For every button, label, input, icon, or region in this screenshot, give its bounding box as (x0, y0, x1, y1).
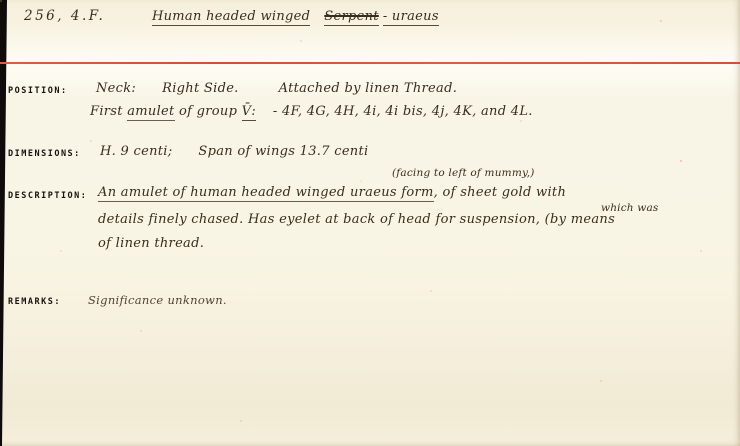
paper-speckles (0, 0, 2, 2)
dimensions-height: H. 9 centi; (100, 144, 172, 159)
remarks-label: REMARKS: (8, 297, 61, 308)
description-line1-underlined: An amulet of human headed winged uraeus … (98, 185, 434, 202)
card-title: Human headed wingedSerpent- uraeus (152, 9, 439, 24)
position-side: Right Side. (162, 81, 239, 96)
title-main: Human headed winged (152, 9, 310, 26)
position-attached: Attached by linen Thread. (279, 81, 458, 96)
red-rule-divider (0, 62, 740, 64)
dimensions-label: DIMENSIONS: (8, 149, 81, 160)
remarks-text: Significance unknown. (88, 293, 227, 307)
position-group-letter: V̄: (242, 104, 256, 121)
description-line-2: details finely chased. Has eyelet at bac… (98, 212, 615, 227)
card-number: 256, 4.F. (24, 8, 105, 24)
description-line-1: An amulet of human headed winged uraeus … (98, 185, 566, 200)
position-line-2: First amulet of group V̄: - 4F, 4G, 4H, … (90, 104, 533, 119)
dimensions-line: H. 9 centi;Span of wings 13.7 centi (100, 144, 368, 159)
position-neck: Neck: (96, 81, 136, 96)
description-line1-rest: , of sheet gold with (434, 185, 566, 200)
position-amulet: amulet (127, 104, 174, 121)
description-label: DESCRIPTION: (8, 191, 87, 202)
position-group-list: - 4F, 4G, 4H, 4i, 4i bis, 4j, 4K, and 4L… (273, 104, 533, 119)
position-first: First (90, 104, 123, 119)
position-of-group: of group (179, 104, 237, 119)
title-struck-word: Serpent (324, 9, 379, 26)
description-inserted-note: (facing to left of mummy,) (392, 167, 535, 179)
catalog-card: 256, 4.F. Human headed wingedSerpent- ur… (0, 0, 740, 446)
position-label: POSITION: (8, 86, 68, 97)
dimensions-span: Span of wings 13.7 centi (198, 144, 368, 159)
scan-left-edge (0, 0, 8, 446)
title-tail: - uraeus (383, 9, 439, 26)
description-line-3: of linen thread. (98, 236, 204, 251)
position-line-1: Neck:Right Side.Attached by linen Thread… (96, 81, 457, 96)
